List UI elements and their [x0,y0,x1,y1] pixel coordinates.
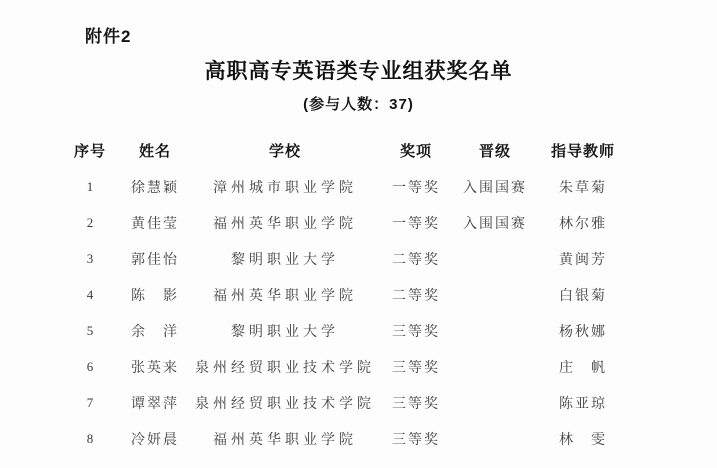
column-header: 序号 [60,131,120,169]
cell-number: 6 [60,349,120,385]
column-header: 晋级 [452,131,538,169]
cell-name: 郭佳怡 [120,241,190,277]
cell-promotion [452,385,538,421]
cell-name: 余 洋 [120,313,190,349]
column-header: 奖项 [380,131,452,169]
table-row: 7谭翠萍泉州经贸职业技术学院三等奖陈亚琼 [60,385,628,421]
cell-school: 福州英华职业学院 [190,277,380,313]
column-header: 指导教师 [538,131,628,169]
cell-award: 一等奖 [380,169,452,205]
column-header: 姓名 [120,131,190,169]
participants-count: (参与人数：37) [0,93,717,114]
cell-teacher: 杨秋娜 [538,313,628,349]
table-row: 1徐慧颖漳州城市职业学院一等奖入围国赛朱草菊 [60,169,628,205]
cell-school: 福州英华职业学院 [190,421,380,457]
cell-school: 漳州城市职业学院 [190,169,380,205]
cell-number: 1 [60,169,120,205]
cell-promotion [452,349,538,385]
cell-number: 2 [60,205,120,241]
document-page: 附件2 高职高专英语类专业组获奖名单 (参与人数：37) 序号姓名学校奖项晋级指… [0,0,717,468]
table-row: 3郭佳怡黎明职业大学二等奖黄闽芳 [60,241,628,277]
cell-promotion [452,241,538,277]
cell-name: 张英来 [120,349,190,385]
cell-number: 3 [60,241,120,277]
cell-teacher: 朱草菊 [538,169,628,205]
cell-award: 三等奖 [380,385,452,421]
column-header: 学校 [190,131,380,169]
cell-name: 冷妍晨 [120,421,190,457]
cell-award: 三等奖 [380,349,452,385]
cell-award: 三等奖 [380,421,452,457]
cell-number: 8 [60,421,120,457]
table-body: 1徐慧颖漳州城市职业学院一等奖入围国赛朱草菊2黄佳莹福州英华职业学院一等奖入围国… [60,169,628,457]
table-row: 8冷妍晨福州英华职业学院三等奖林 雯 [60,421,628,457]
cell-award: 二等奖 [380,241,452,277]
table-row: 5余 洋黎明职业大学三等奖杨秋娜 [60,313,628,349]
awards-table: 序号姓名学校奖项晋级指导教师 1徐慧颖漳州城市职业学院一等奖入围国赛朱草菊2黄佳… [60,131,628,457]
cell-promotion [452,313,538,349]
page-title: 高职高专英语类专业组获奖名单 [0,55,717,85]
table-row: 4陈 影福州英华职业学院二等奖白银菊 [60,277,628,313]
cell-name: 徐慧颖 [120,169,190,205]
cell-number: 7 [60,385,120,421]
cell-name: 黄佳莹 [120,205,190,241]
cell-teacher: 林 雯 [538,421,628,457]
cell-promotion [452,277,538,313]
cell-school: 黎明职业大学 [190,241,380,277]
cell-promotion: 入围国赛 [452,169,538,205]
cell-school: 福州英华职业学院 [190,205,380,241]
attachment-label: 附件2 [85,22,131,47]
table-row: 6张英来泉州经贸职业技术学院三等奖庄 帆 [60,349,628,385]
cell-promotion [452,421,538,457]
cell-number: 4 [60,277,120,313]
cell-promotion: 入围国赛 [452,205,538,241]
cell-award: 三等奖 [380,313,452,349]
cell-award: 一等奖 [380,205,452,241]
cell-award: 二等奖 [380,277,452,313]
cell-school: 黎明职业大学 [190,313,380,349]
cell-teacher: 陈亚琼 [538,385,628,421]
cell-school: 泉州经贸职业技术学院 [190,349,380,385]
table-row: 2黄佳莹福州英华职业学院一等奖入围国赛林尔雅 [60,205,628,241]
table-header-row: 序号姓名学校奖项晋级指导教师 [60,131,628,169]
cell-school: 泉州经贸职业技术学院 [190,385,380,421]
cell-teacher: 白银菊 [538,277,628,313]
cell-teacher: 林尔雅 [538,205,628,241]
cell-number: 5 [60,313,120,349]
cell-name: 谭翠萍 [120,385,190,421]
cell-teacher: 黄闽芳 [538,241,628,277]
cell-name: 陈 影 [120,277,190,313]
cell-teacher: 庄 帆 [538,349,628,385]
